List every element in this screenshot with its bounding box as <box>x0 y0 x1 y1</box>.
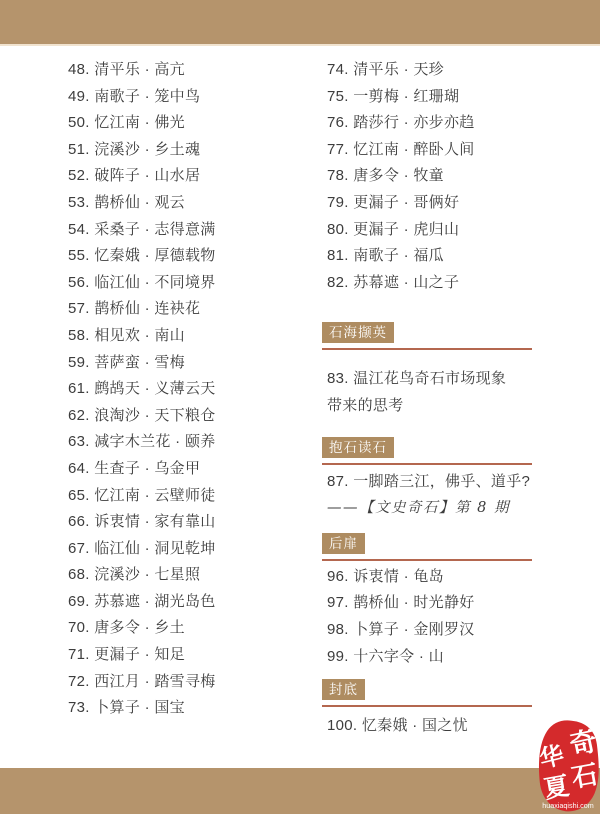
toc-entry: 58. 相见欢 · 南山 <box>68 323 318 350</box>
toc-entry: 50. 忆江南 · 佛光 <box>68 110 318 137</box>
toc-entry: 96. 诉衷情 · 龟岛 <box>322 564 536 591</box>
toc-entry: 48. 清平乐 · 高亢 <box>68 57 318 84</box>
toc-entry: 74. 清平乐 · 天珍 <box>322 57 536 84</box>
toc-entry: 53. 鹊桥仙 · 观云 <box>68 190 318 217</box>
section-houfei: 后扉 96. 诉衷情 · 龟岛 97. 鹊桥仙 · 时光静好 98. 卜算子 ·… <box>322 533 536 670</box>
section-divider <box>322 348 532 350</box>
section-entries: 100. 忆秦娥 · 国之忧 <box>322 713 536 740</box>
section-divider <box>322 705 532 707</box>
seal-website-text: huaxiaqishi.com <box>542 801 594 810</box>
section-baoshi-dushi: 抱石读石 87. 一脚踏三江，佛乎、道乎? ——【文史奇石】第 8 期 <box>322 437 536 522</box>
toc-entry: 87. 一脚踏三江，佛乎、道乎? <box>322 469 536 496</box>
toc-entry: 62. 浪淘沙 · 天下粮仓 <box>68 403 318 430</box>
toc-entry: 68. 浣溪沙 · 七星照 <box>68 562 318 589</box>
toc-entry: 63. 减字木兰花 · 颐养 <box>68 429 318 456</box>
bottom-border-band <box>0 768 600 814</box>
toc-entry: 51. 浣溪沙 · 乡土魂 <box>68 137 318 164</box>
section-badge: 封底 <box>322 679 365 700</box>
toc-entry: 78. 唐多令 · 牧童 <box>322 163 536 190</box>
top-border-band <box>0 0 600 46</box>
contents-page: 48. 清平乐 · 高亢 49. 南歌子 · 笼中鸟 50. 忆江南 · 佛光 … <box>0 0 600 814</box>
section-fengdi: 封底 100. 忆秦娥 · 国之忧 <box>322 679 536 740</box>
toc-entry: 71. 更漏子 · 知足 <box>68 642 318 669</box>
section-badge: 石海撷英 <box>322 322 394 343</box>
toc-entry: ——【文史奇石】第 8 期 <box>322 495 536 522</box>
toc-entry: 82. 苏幕遮 · 山之子 <box>322 270 536 297</box>
seal-char-xia: 夏 <box>542 772 571 804</box>
section-badge: 抱石读石 <box>322 437 394 458</box>
toc-entry-list-left: 48. 清平乐 · 高亢 49. 南歌子 · 笼中鸟 50. 忆江南 · 佛光 … <box>68 57 318 722</box>
seal-char-qi: 奇 <box>567 726 600 761</box>
toc-entry: 55. 忆秦娥 · 厚德载物 <box>68 243 318 270</box>
section-entries: 96. 诉衷情 · 龟岛 97. 鹊桥仙 · 时光静好 98. 卜算子 · 金刚… <box>322 564 536 670</box>
toc-entry: 65. 忆江南 · 云壁师徒 <box>68 483 318 510</box>
toc-entry: 81. 南歌子 · 福瓜 <box>322 243 536 270</box>
section-entries: 87. 一脚踏三江，佛乎、道乎? ——【文史奇石】第 8 期 <box>322 469 536 522</box>
toc-entry: 75. 一剪梅 · 红珊瑚 <box>322 84 536 111</box>
toc-entry: 76. 踏莎行 · 亦步亦趋 <box>322 110 536 137</box>
toc-entry: 59. 菩萨蛮 · 雪梅 <box>68 350 318 377</box>
toc-entry: 61. 鹧鸪天 · 义薄云天 <box>68 376 318 403</box>
toc-left-column: 48. 清平乐 · 高亢 49. 南歌子 · 笼中鸟 50. 忆江南 · 佛光 … <box>68 57 318 722</box>
toc-entry-list-right: 74. 清平乐 · 天珍 75. 一剪梅 · 红珊瑚 76. 踏莎行 · 亦步亦… <box>322 57 536 296</box>
toc-entry: 49. 南歌子 · 笼中鸟 <box>68 84 318 111</box>
toc-entry: 97. 鹊桥仙 · 时光静好 <box>322 590 536 617</box>
toc-entry: 100. 忆秦娥 · 国之忧 <box>322 713 536 740</box>
toc-entry: 70. 唐多令 · 乡土 <box>68 615 318 642</box>
toc-entry: 54. 采桑子 · 志得意满 <box>68 217 318 244</box>
toc-entry: 66. 诉衷情 · 家有靠山 <box>68 509 318 536</box>
toc-entry: 69. 苏慕遮 · 湖光岛色 <box>68 589 318 616</box>
section-divider <box>322 463 532 465</box>
toc-entry: 77. 忆江南 · 醉卧人间 <box>322 137 536 164</box>
toc-entry: 83. 温江花鸟奇石市场现象 <box>322 366 536 393</box>
toc-entry: 67. 临江仙 · 洞见乾坤 <box>68 536 318 563</box>
toc-entry: 98. 卜算子 · 金刚罗汉 <box>322 617 536 644</box>
toc-entry: 带来的思考 <box>322 393 536 420</box>
toc-entry: 57. 鹊桥仙 · 连袂花 <box>68 296 318 323</box>
section-divider <box>322 559 532 561</box>
toc-entry: 56. 临江仙 · 不同境界 <box>68 270 318 297</box>
toc-entry: 80. 更漏子 · 虎归山 <box>322 217 536 244</box>
toc-entry: 52. 破阵子 · 山水居 <box>68 163 318 190</box>
toc-entry: 72. 西江月 · 踏雪寻梅 <box>68 669 318 696</box>
toc-entry: 99. 十六字令 · 山 <box>322 644 536 671</box>
seal-char-shi: 石 <box>569 759 600 793</box>
huaxia-qishi-seal-logo: 华 奇 夏 石 huaxiaqishi.com <box>534 718 600 814</box>
toc-entry: 79. 更漏子 · 哥俩好 <box>322 190 536 217</box>
toc-entry: 64. 生查子 · 乌金甲 <box>68 456 318 483</box>
toc-entry: 73. 卜算子 · 国宝 <box>68 695 318 722</box>
section-entries: 83. 温江花鸟奇石市场现象 带来的思考 <box>322 366 536 419</box>
toc-right-column: 74. 清平乐 · 天珍 75. 一剪梅 · 红珊瑚 76. 踏莎行 · 亦步亦… <box>322 57 536 740</box>
section-shihai-xieying: 石海撷英 83. 温江花鸟奇石市场现象 带来的思考 <box>322 322 536 419</box>
section-badge: 后扉 <box>322 533 365 554</box>
